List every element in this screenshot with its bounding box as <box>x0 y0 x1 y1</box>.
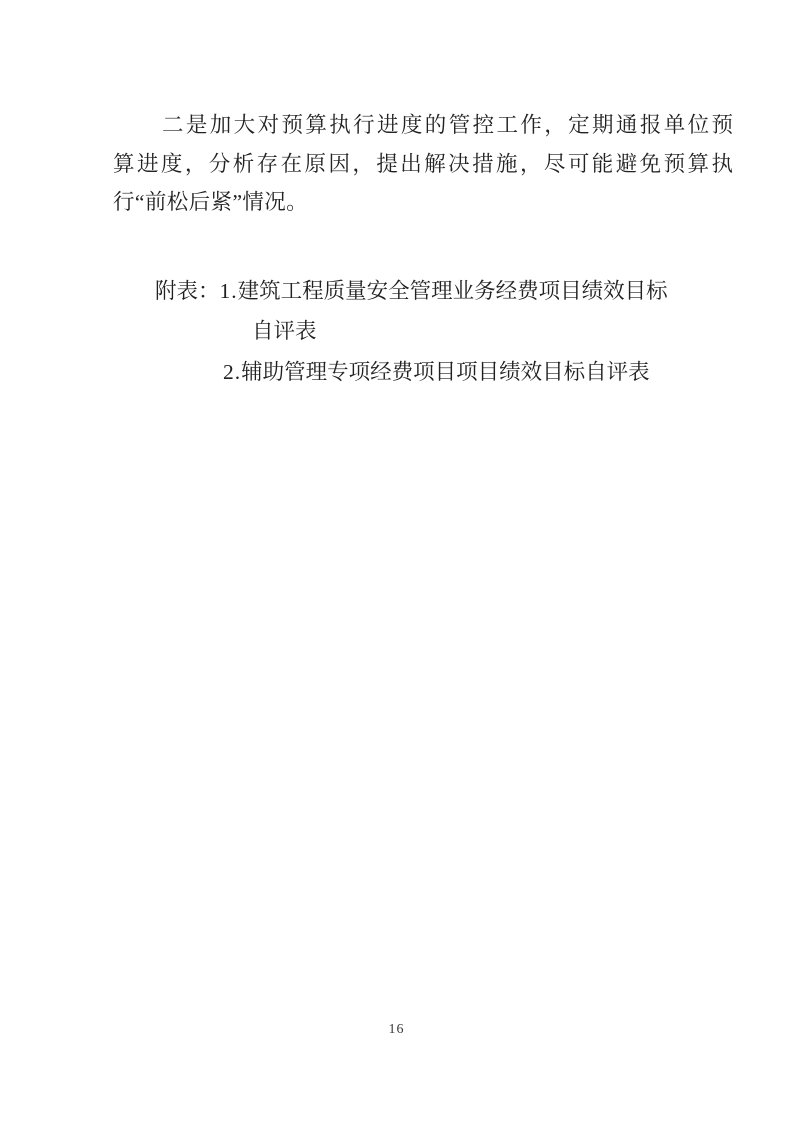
attachment-item-1-line-1: 附表：1.建筑工程质量安全管理业务经费项目绩效目标 <box>155 271 668 311</box>
attachment-item-2: 2.辅助管理专项经费项目项目绩效目标自评表 <box>223 352 668 392</box>
attachment-label: 附表： <box>155 279 220 303</box>
document-page: 二是加大对预算执行进度的管控工作，定期通报单位预 算进度，分析存在原因，提出解决… <box>0 0 793 1122</box>
attachment-item-1-title-continued: 自评表 <box>252 319 317 343</box>
attachment-item-2-number: 2. <box>223 360 241 384</box>
page-number: 16 <box>0 1022 793 1038</box>
attachment-list: 附表：1.建筑工程质量安全管理业务经费项目绩效目标 自评表 2.辅助管理专项经费… <box>155 271 668 392</box>
paragraph-line-2: 算进度，分析存在原因，提出解决措施，尽可能避免预算执 <box>113 145 733 184</box>
paragraph-line-1: 二是加大对预算执行进度的管控工作，定期通报单位预 <box>113 106 733 145</box>
attachment-item-1-line-2: 自评表 <box>252 311 668 351</box>
attachment-item-1-number: 1. <box>220 279 238 303</box>
paragraph-line-3: 行“前松后紧”情况。 <box>113 183 733 222</box>
attachment-item-2-title: 辅助管理专项经费项目项目绩效目标自评表 <box>241 360 650 384</box>
main-paragraph: 二是加大对预算执行进度的管控工作，定期通报单位预 算进度，分析存在原因，提出解决… <box>113 106 733 222</box>
attachment-item-1-title: 建筑工程质量安全管理业务经费项目绩效目标 <box>238 279 668 303</box>
